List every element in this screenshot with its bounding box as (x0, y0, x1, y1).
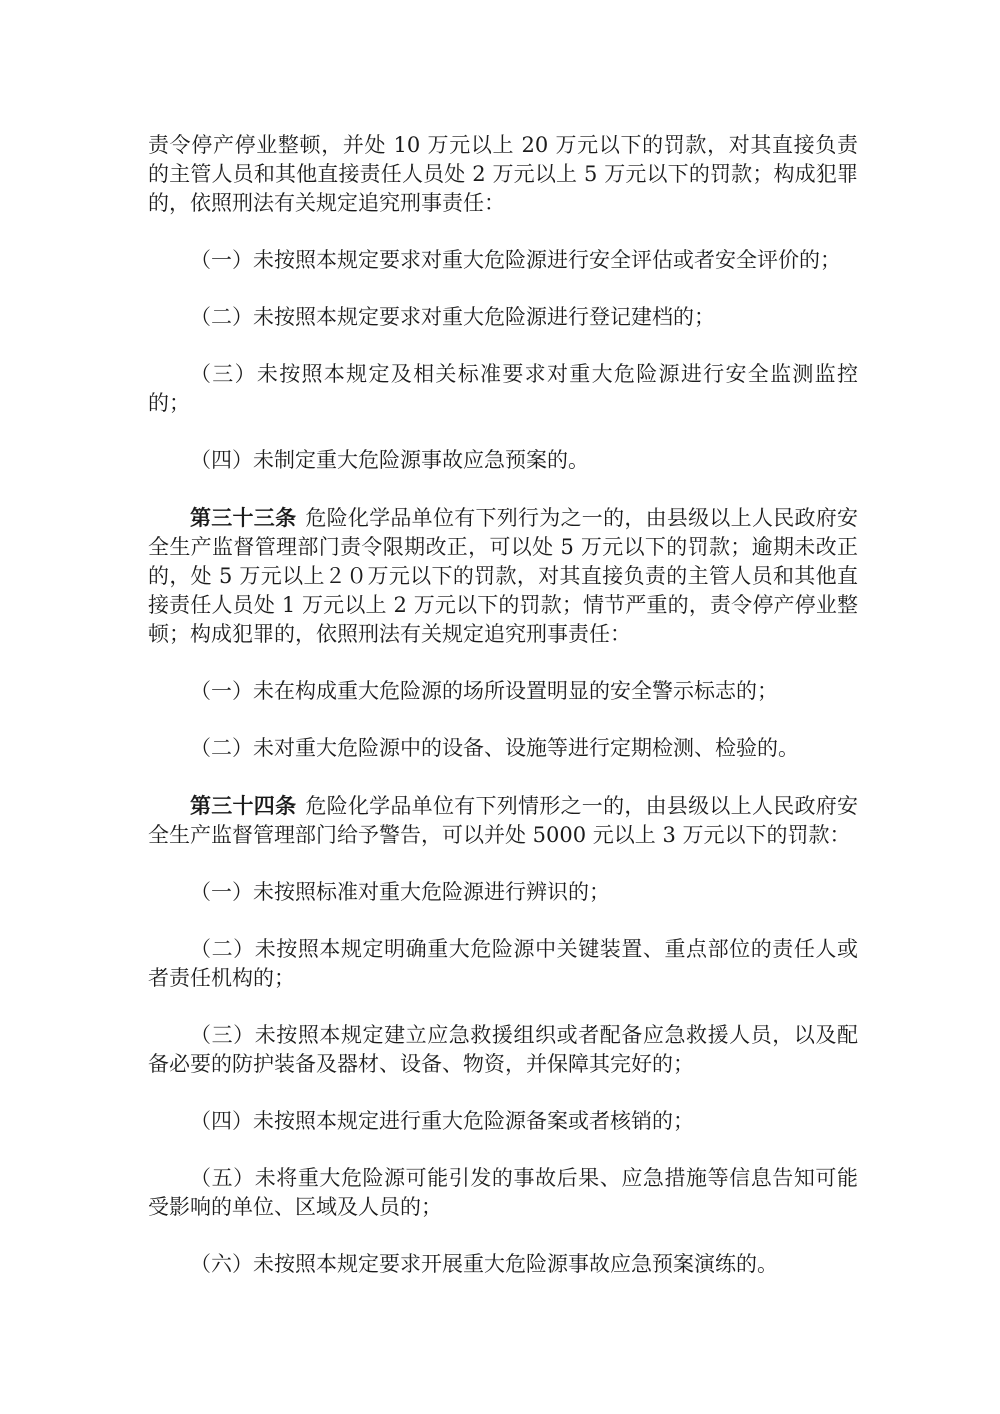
article-34-number: 第三十四条 (190, 793, 296, 818)
list-item-34-6: （六）未按照本规定要求开展重大危险源事故应急预案演练的。 (148, 1250, 858, 1279)
article-33-number: 第三十三条 (190, 505, 296, 530)
list-item-34-5: （五）未将重大危险源可能引发的事故后果、应急措施等信息告知可能受影响的单位、区域… (148, 1164, 858, 1222)
list-item-34-4: （四）未按照本规定进行重大危险源备案或者核销的； (148, 1107, 858, 1136)
list-item-34-3: （三）未按照本规定建立应急救援组织或者配备应急救援人员，以及配备必要的防护装备及… (148, 1021, 858, 1079)
document-page: 责令停产停业整顿，并处 10 万元以上 20 万元以下的罚款，对其直接负责的主管… (0, 0, 1000, 1414)
list-item-34-1: （一）未按照标准对重大危险源进行辨识的； (148, 878, 858, 907)
list-item-33-1: （一）未在构成重大危险源的场所设置明显的安全警示标志的； (148, 677, 858, 706)
list-item-32-1: （一）未按照本规定要求对重大危险源进行安全评估或者安全评价的； (148, 246, 858, 275)
list-item-32-3: （三）未按照本规定及相关标准要求对重大危险源进行安全监测监控的； (148, 360, 858, 418)
list-item-33-2: （二）未对重大危险源中的设备、设施等进行定期检测、检验的。 (148, 734, 858, 763)
paragraph-penalty-continuation: 责令停产停业整顿，并处 10 万元以上 20 万元以下的罚款，对其直接负责的主管… (148, 131, 858, 218)
document-content: 责令停产停业整顿，并处 10 万元以上 20 万元以下的罚款，对其直接负责的主管… (148, 131, 858, 1279)
article-34-paragraph: 第三十四条危险化学品单位有下列情形之一的，由县级以上人民政府安全生产监督管理部门… (148, 791, 858, 850)
list-item-32-2: （二）未按照本规定要求对重大危险源进行登记建档的； (148, 303, 858, 332)
list-item-34-2: （二）未按照本规定明确重大危险源中关键装置、重点部位的责任人或者责任机构的； (148, 935, 858, 993)
article-33-paragraph: 第三十三条危险化学品单位有下列行为之一的，由县级以上人民政府安全生产监督管理部门… (148, 503, 858, 649)
list-item-32-4: （四）未制定重大危险源事故应急预案的。 (148, 446, 858, 475)
